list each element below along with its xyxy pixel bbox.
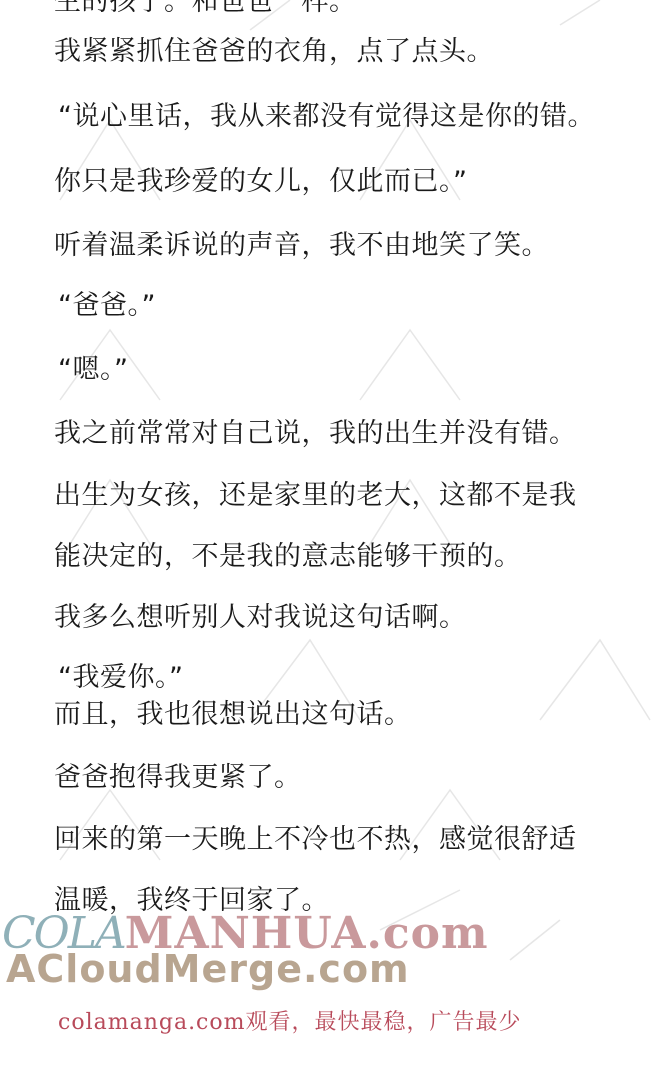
text-line: 我之前常常对自己说，我的出生并没有错。	[54, 420, 577, 447]
text-line: 听着温柔诉说的声音，我不由地笑了笑。	[54, 232, 549, 259]
text-line: 你只是我珍爱的女儿，仅此而已。”	[54, 168, 468, 195]
footer-ad-text: colamanga.com观看，最快最稳，广告最少	[58, 1012, 522, 1034]
text-line: 回来的第一天晚上不冷也不热，感觉很舒适	[54, 826, 577, 853]
text-line: 我紧紧抓住爸爸的衣角，点了点头。	[54, 38, 494, 65]
text-line: 而且，我也很想说出这句话。	[54, 701, 412, 728]
acloudmerge-watermark: ACloudMerge.com	[6, 950, 410, 988]
text-line: 我多么想听别人对我说这句话啊。	[54, 604, 467, 631]
text-line: 爸爸抱得我更紧了。	[54, 764, 302, 791]
text-line: “爸爸。”	[58, 292, 156, 319]
text-line: 能决定的，不是我的意志能够干预的。	[54, 543, 522, 570]
text-line: “嗯。”	[58, 356, 128, 383]
text-line: “我爱你。”	[58, 664, 183, 691]
text-line-partial: 生的孩子。和爸爸一样。	[54, 0, 357, 15]
text-line: 出生为女孩，还是家里的老大，这都不是我	[54, 482, 577, 509]
text-line: “说心里话，我从来都没有觉得这是你的错。	[58, 103, 595, 130]
